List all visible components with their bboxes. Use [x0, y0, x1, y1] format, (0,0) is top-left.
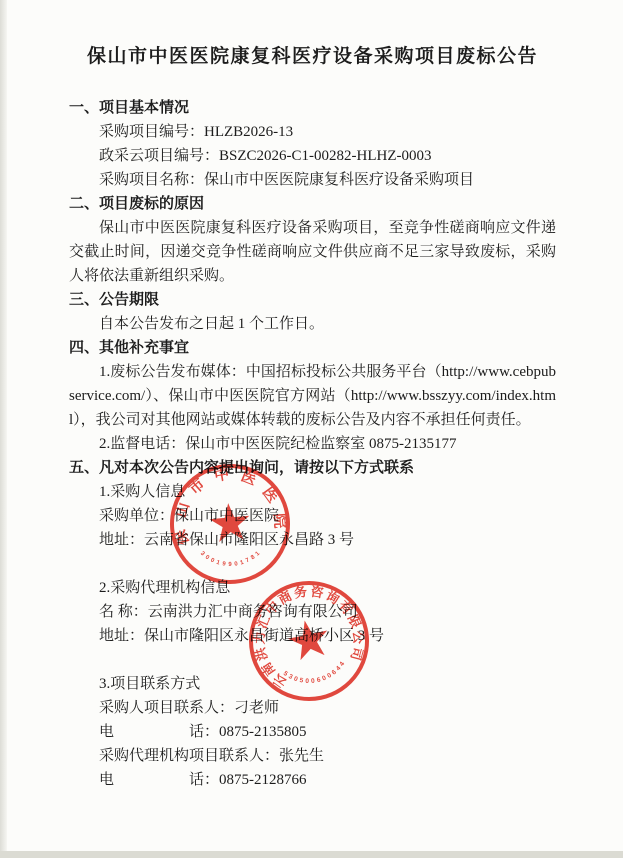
hospital-official-seal: 保山市中医医院 30019901781	[163, 457, 297, 591]
agency-official-seal: 云南洪力汇中商务咨询有限公司 5305006006440	[235, 567, 382, 714]
doc-line: 1.采购人信息	[69, 480, 556, 504]
doc-line: 2.监督电话：保山市中医医院纪检监察室 0875-2135177	[69, 432, 556, 456]
doc-line: 采购项目名称：保山市中医医院康复科医疗设备采购项目	[69, 168, 556, 192]
scan-edge-bottom	[0, 851, 623, 858]
section-heading: 五、凡对本次公告内容提出询问，请按以下方式联系	[69, 456, 556, 480]
section-heading: 二、项目废标的原因	[69, 192, 556, 216]
seal-code-text: 30019901781	[199, 546, 263, 571]
section-heading: 四、其他补充事宜	[69, 336, 556, 360]
section-heading: 一、项目基本情况	[69, 96, 556, 120]
seal-star-icon	[285, 616, 332, 661]
seal-star-icon	[208, 501, 251, 542]
doc-line: 采购代理机构项目联系人：张先生	[69, 744, 556, 768]
scanned-notice-page: 保山市中医医院康复科医疗设备采购项目废标公告 一、项目基本情况 采购项目编号：H…	[0, 0, 623, 858]
page-title: 保山市中医医院康复科医疗设备采购项目废标公告	[69, 44, 556, 70]
doc-line: 地址：云南省保山市隆阳区永昌路 3 号	[69, 528, 556, 552]
doc-line: 电 话：0875-2128766	[69, 768, 556, 792]
doc-line: 电 话：0875-2135805	[69, 720, 556, 744]
scan-edge-left	[0, 0, 7, 858]
doc-line: 采购项目编号：HLZB2026-13	[69, 120, 556, 144]
doc-paragraph: 1.废标公告发布媒体：中国招标投标公共服务平台（http://www.cebpu…	[69, 360, 556, 432]
doc-line: 采购单位：保山市中医医院	[69, 504, 556, 528]
blank-line	[69, 552, 556, 576]
doc-paragraph: 保山市中医医院康复科医疗设备采购项目，至竞争性磋商响应文件递交截止时间，因递交竞…	[69, 216, 556, 288]
doc-line: 政采云项目编号：BSZC2026-C1-00282-HLHZ-0003	[69, 144, 556, 168]
doc-line: 自本公告发布之日起 1 个工作日。	[69, 312, 556, 336]
section-heading: 三、公告期限	[69, 288, 556, 312]
